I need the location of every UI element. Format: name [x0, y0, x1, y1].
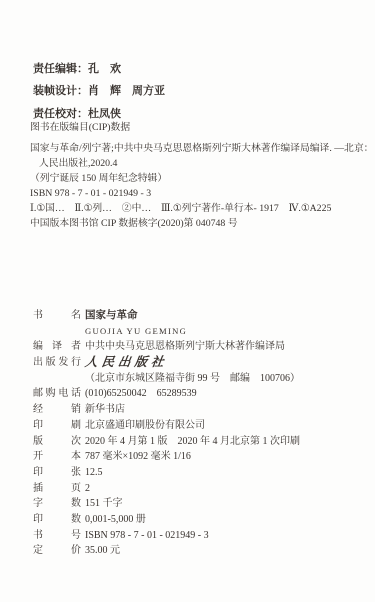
printed-sheets-row: 印张 12.5: [33, 465, 300, 481]
cip-block: 图书在版编目(CIP)数据 国家与革命/列宁著;中共中央马克思恩格斯列宁斯大林著…: [30, 120, 373, 231]
price-value: 35.00 元: [85, 543, 120, 559]
word-count-value: 151 千字: [85, 496, 123, 512]
cip-registry-number: 中国版本图书馆 CIP 数据核字(2020)第 040748 号: [30, 216, 373, 231]
edition-row: 版次 2020 年 4 月第 1 版 2020 年 4 月北京第 1 次印刷: [33, 434, 300, 450]
cip-heading: 图书在版编目(CIP)数据: [30, 120, 373, 135]
cip-classification: Ⅰ.①国… Ⅱ.①列… ②中… Ⅲ.①列宁著作-单行本- 1917 Ⅳ.①A22…: [30, 201, 373, 216]
publisher-address-row: （北京市东城区隆福寺街 99 号 邮编 100706）: [33, 371, 300, 387]
distributor-value: 新华书店: [85, 402, 125, 418]
mail-order-phone-row: 邮购电话 (010)65250042 65289539: [33, 386, 300, 402]
print-run-row: 印数 0,001-5,000 册: [33, 512, 300, 528]
price-label: 定价: [33, 543, 81, 559]
publisher-label: 出版发行: [33, 355, 81, 371]
translator-label: 编译者: [33, 339, 81, 355]
publisher-script-logo: 人民出版社: [84, 355, 169, 371]
translator-row: 编译者 中共中央马克思恩格斯列宁斯大林著作编译局: [33, 339, 300, 355]
book-title-label: 书名: [33, 308, 81, 324]
binding-design-line: 装帧设计：肖 辉 周方亚: [33, 80, 165, 102]
printer-value: 北京盛通印刷股份有限公司: [85, 418, 205, 434]
publisher-row: 出版发行 人民出版社: [33, 355, 300, 371]
book-copyright-page: 责任编辑：孔 欢 装帧设计：肖 辉 周方亚 责任校对：杜凤侠 图书在版编目(CI…: [0, 0, 375, 602]
colophon-table: 书名 国家与革命 GUOJIA YU GEMING 编译者 中共中央马克思恩格斯…: [33, 308, 300, 559]
edition-value: 2020 年 4 月第 1 版 2020 年 4 月北京第 1 次印刷: [85, 434, 300, 450]
mail-order-phone-value: (010)65250042 65289539: [85, 386, 197, 402]
distributor-label: 经销: [33, 402, 81, 418]
insert-pages-value: 2: [85, 481, 90, 497]
printed-sheets-label: 印张: [33, 465, 81, 481]
responsible-editor-line: 责任编辑：孔 欢: [33, 58, 165, 80]
book-title-row: 书名 国家与革命: [33, 308, 300, 324]
isbn-row: 书号 ISBN 978 - 7 - 01 - 021949 - 3: [33, 528, 300, 544]
insert-pages-label: 插页: [33, 481, 81, 497]
mail-order-phone-label: 邮购电话: [33, 386, 81, 402]
staff-credits: 责任编辑：孔 欢 装帧设计：肖 辉 周方亚 责任校对：杜凤侠: [33, 58, 165, 125]
book-title-value: 国家与革命: [85, 308, 138, 324]
format-row: 开本 787 毫米×1092 毫米 1/16: [33, 449, 300, 465]
distributor-row: 经销 新华书店: [33, 402, 300, 418]
printed-sheets-value: 12.5: [85, 465, 103, 481]
translator-value: 中共中央马克思恩格斯列宁斯大林著作编译局: [85, 339, 285, 355]
printer-row: 印刷 北京盛通印刷股份有限公司: [33, 418, 300, 434]
printer-label: 印刷: [33, 418, 81, 434]
isbn-label: 书号: [33, 528, 81, 544]
cip-series-note: （列宁诞辰 150 周年纪念特辑）: [30, 171, 373, 186]
word-count-label: 字数: [33, 496, 81, 512]
format-value: 787 毫米×1092 毫米 1/16: [85, 449, 191, 465]
cip-record-line2: 人民出版社,2020.4: [39, 156, 373, 171]
insert-pages-row: 插页 2: [33, 481, 300, 497]
publisher-address-value: （北京市东城区隆福寺街 99 号 邮编 100706）: [85, 371, 300, 387]
format-label: 开本: [33, 449, 81, 465]
edition-label: 版次: [33, 434, 81, 450]
isbn-value: ISBN 978 - 7 - 01 - 021949 - 3: [85, 528, 209, 544]
pinyin-row: GUOJIA YU GEMING: [33, 324, 300, 340]
cip-record-line1: 国家与革命/列宁著;中共中央马克思恩格斯列宁斯大林著作编译局编译. —北京：: [30, 141, 373, 156]
word-count-row: 字数 151 千字: [33, 496, 300, 512]
price-row: 定价 35.00 元: [33, 543, 300, 559]
print-run-value: 0,001-5,000 册: [85, 512, 146, 528]
cip-isbn: ISBN 978 - 7 - 01 - 021949 - 3: [30, 186, 373, 201]
pinyin-title-value: GUOJIA YU GEMING: [85, 324, 187, 340]
print-run-label: 印数: [33, 512, 81, 528]
